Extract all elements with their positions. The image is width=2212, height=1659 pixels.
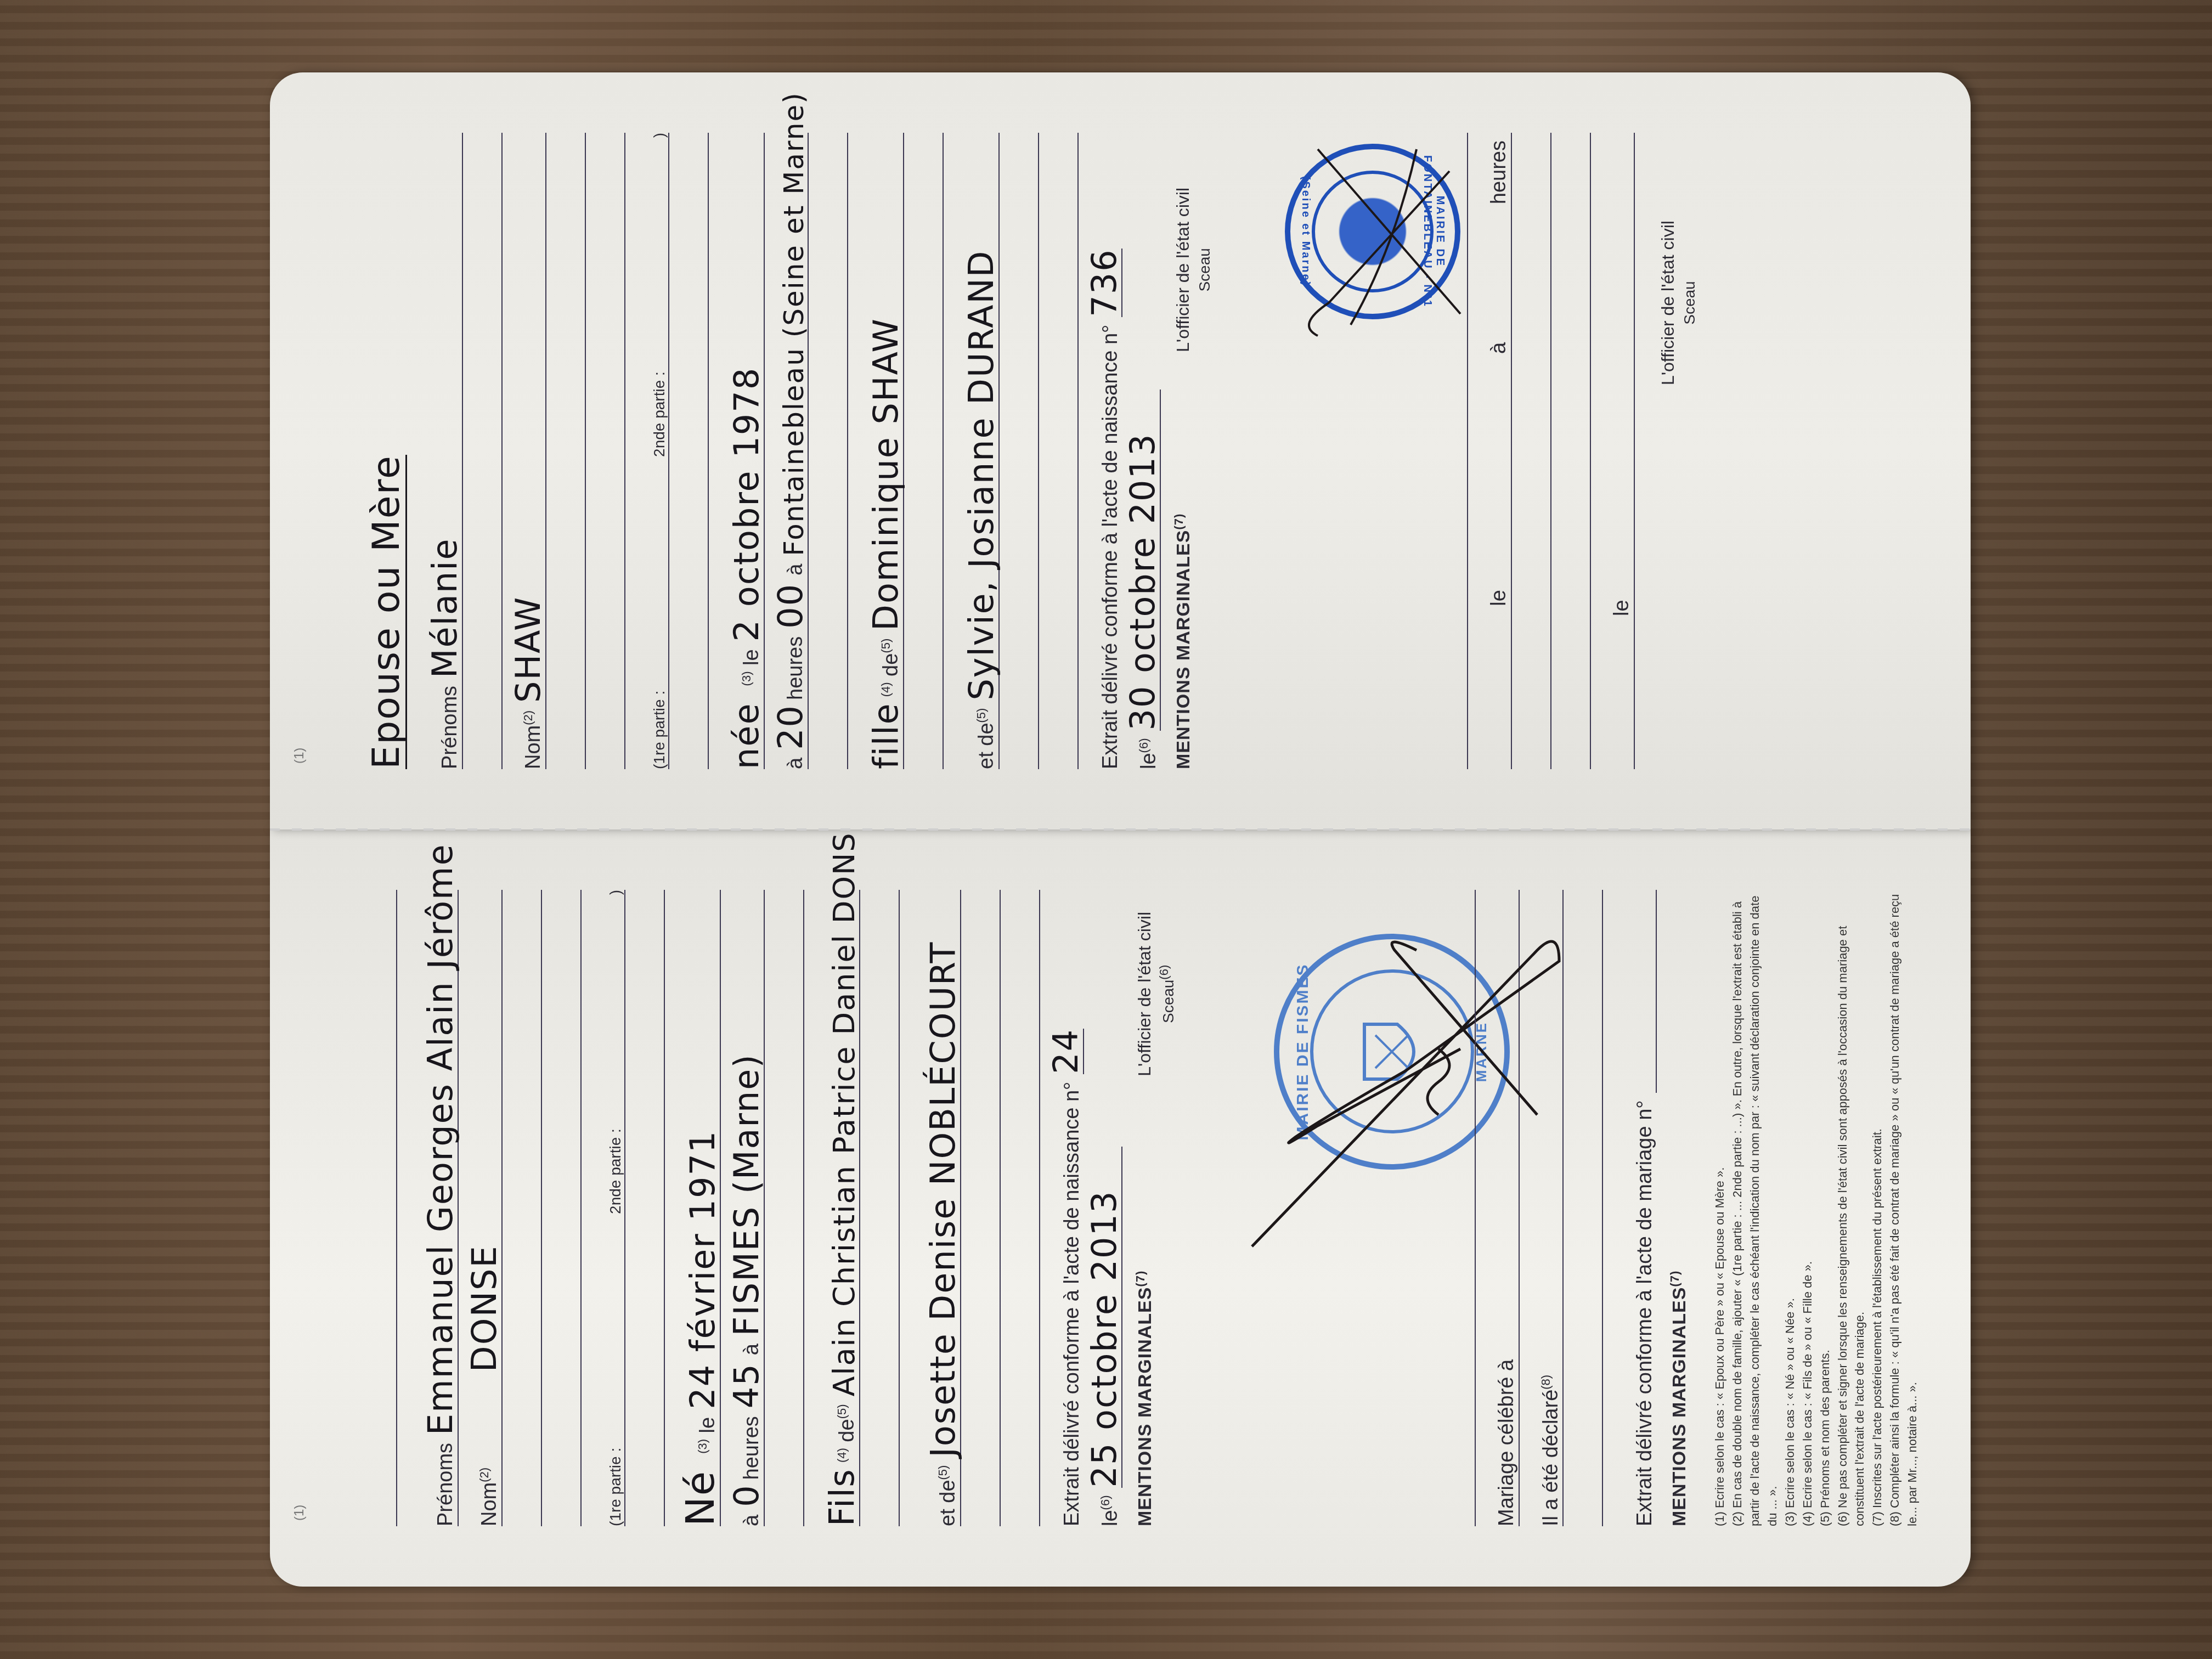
ne-value: Né (680, 1470, 720, 1526)
mentions-block: MENTIONS MARGINALES(7) L'officier de l'é… (1172, 133, 1215, 769)
blank-line (904, 133, 944, 769)
coat-of-arms-icon (1348, 1008, 1436, 1096)
father-name: Dominique SHAW (869, 318, 903, 631)
birth-hour: 20 (774, 704, 808, 750)
extrait-label: Extrait délivré conforme à l'acte de nai… (1099, 325, 1122, 769)
footnote-1: (1) Ecrire selon le cas : « Epoux ou Pèr… (1711, 890, 1729, 1526)
heading-line (347, 890, 397, 1526)
page-heading: Epouse ou Mère (368, 455, 407, 769)
blank-line (546, 133, 586, 769)
footnote-7: (7) Inscrites sur l'acte postérieurement… (1869, 890, 1886, 1526)
blank-line (1039, 133, 1079, 769)
blank-line (1551, 133, 1591, 769)
declare-label: Il a été déclaré (1539, 1390, 1562, 1526)
birth-date: 2 octobre 1978 (730, 367, 764, 642)
extrait-row: Extrait délivré conforme à l'acte de nai… (1079, 133, 1122, 769)
footnote-ref: (1) (292, 748, 307, 764)
father-name: Alain Christian Patrice Daniel DONSE (830, 812, 859, 1396)
officer-signature-block: L'officier de l'état civil Sceau (1172, 188, 1215, 352)
blank-line (765, 890, 804, 1526)
extrait-row: Extrait délivré conforme à l'acte de nai… (1040, 890, 1084, 1526)
father-row: Fils (4) de(5) Alain Christian Patrice D… (804, 890, 860, 1526)
blank-line (1512, 133, 1551, 769)
declare-row: Il a été déclaré(8) (1520, 890, 1564, 1526)
birth-hour: 0 (730, 1484, 764, 1506)
blank-line (669, 133, 709, 769)
birth-date: 24 février 1971 (686, 1130, 720, 1409)
blank-line (1436, 890, 1476, 1526)
partie-row: (1re partie : 2nde partie : ) (625, 133, 669, 769)
mother-row: et de(5) Sylvie, Josianne DURAND (944, 133, 1000, 769)
footnote-5: (5) Prénoms et nom des parents. (1816, 890, 1834, 1526)
birth-place: Fontainebleau (Seine et Marne) (780, 92, 808, 556)
blank-line (586, 133, 625, 769)
blank-line (961, 890, 1001, 1526)
prenoms-value: Emmanuel Georges Alain Jérôme (424, 843, 458, 1435)
prenoms-row: Prénoms Mélanie (407, 133, 463, 769)
partie1-label: (1re partie : (607, 1448, 624, 1526)
officer-signature-block: L'officier de l'état civil Sceau(6) (1133, 912, 1178, 1076)
ne-value: née (730, 702, 764, 769)
blank-line (1564, 890, 1603, 1526)
partie2-label: 2nde partie : (607, 1128, 624, 1214)
fils-value: Fils (825, 1468, 859, 1526)
mentions-block: MENTIONS MARGINALES(7) L'officier de l'é… (1133, 890, 1178, 1526)
footnote-ref: (1) (292, 1505, 307, 1521)
birth-minutes: 45 (730, 1363, 764, 1408)
father-row: fille (4) de(5) Dominique SHAW (848, 133, 904, 769)
blank-line (809, 133, 848, 769)
birth-place: FISMES (Marne) (730, 1053, 764, 1336)
footnote-2: (2) En cas de double nom de famille, ajo… (1729, 890, 1781, 1526)
extrait-mariage-label: Extrait délivré conforme à l'acte de mar… (1633, 1101, 1657, 1526)
footnote-3: (3) Ecrire selon le cas : « Né » ou « Né… (1781, 890, 1799, 1526)
fille-value: fille (869, 702, 903, 769)
page-husband: (1) Prénoms Emmanuel Georges Alain Jérôm… (270, 830, 1971, 1587)
family-record-booklet: (1) Prénoms Emmanuel Georges Alain Jérôm… (270, 72, 1971, 1587)
heading-row: Epouse ou Mère (347, 133, 407, 769)
nom-label: Nom(2) (477, 1468, 501, 1526)
birth-minutes: 00 (774, 583, 808, 629)
nom-row: Nom(2) DONSE (459, 890, 503, 1526)
blank-line (463, 133, 503, 769)
blank-line (1001, 890, 1040, 1526)
extrait-date: 30 octobre 2013 (1126, 390, 1161, 731)
blank-line (625, 890, 665, 1526)
partie-close: ) (607, 890, 624, 895)
extrait-date-row: le(6) 30 octobre 2013 (1122, 133, 1161, 769)
nom-row: Nom(2) SHAW (503, 133, 546, 769)
footnote-6: (6) Ne pas compléter et signer lorsque l… (1834, 890, 1869, 1526)
mariage-label: Mariage célébré à (1495, 1359, 1519, 1526)
extrait-date-row: le(6) 25 octobre 2013 (1084, 890, 1122, 1526)
birth-time-row: à 0 heures 45 à FISMES (Marne) (721, 890, 765, 1526)
mentions-marginales-2: MENTIONS MARGINALES(7) (1668, 890, 1690, 1526)
mother-row: et de(5) Josette Denise NOBLÉCOURT (900, 890, 961, 1526)
blank-line (860, 890, 900, 1526)
prenoms-value: Mélanie (428, 538, 462, 678)
partie-row: (1re partie : 2nde partie : ) (582, 890, 625, 1526)
extrait-mariage-row: Extrait délivré conforme à l'acte de mar… (1614, 890, 1657, 1526)
mariage-le-row: le (1591, 133, 1635, 769)
extrait-label: Extrait délivré conforme à l'acte de nai… (1060, 1082, 1084, 1526)
prenoms-row: Prénoms Emmanuel Georges Alain Jérôme (397, 890, 459, 1526)
footnote-4: (4) Ecrire selon le cas : « Fils de » ou… (1799, 890, 1816, 1526)
prenoms-label: Prénoms (434, 1443, 458, 1526)
birth-row: née (3) le 2 octobre 1978 (709, 133, 765, 769)
birth-time-row: à 20 heures 00 à Fontainebleau (Seine et… (765, 133, 809, 769)
acte-number: 736 (1087, 249, 1122, 317)
page-wife: (1) Epouse ou Mère Prénoms Mélanie Nom(2… (270, 72, 1971, 830)
footnotes: (1) Ecrire selon le cas : « Epoux ou Pèr… (1711, 890, 1921, 1526)
mother-name: Sylvie, Josianne DURAND (964, 250, 998, 700)
nom-value: DONSE (467, 1245, 501, 1372)
extrait-date: 25 octobre 2013 (1087, 1147, 1122, 1488)
blank-line (542, 890, 582, 1526)
prenoms-label: Prénoms (438, 686, 462, 769)
mother-name: Josette Denise NOBLÉCOURT (926, 941, 960, 1458)
mentions-marginales-label: MENTIONS MARGINALES(7) (1133, 1271, 1178, 1526)
mariage-date-row: le à heures (1468, 133, 1512, 769)
birth-row: Né (3) le 24 février 1971 (665, 890, 721, 1526)
nom-value: SHAW (511, 596, 545, 703)
blank-line (1429, 133, 1468, 769)
officer2-block: L'officier de l'état civil Sceau (1657, 188, 1700, 418)
officer-label: L'officier de l'état civil (1133, 912, 1156, 1076)
footnote-8: (8) Compléter ainsi la formule : « qu'il… (1886, 890, 1921, 1526)
blank-line (503, 890, 542, 1526)
acte-number: 24 (1049, 1029, 1084, 1074)
binding-stitch (270, 828, 1971, 831)
blank-line (1000, 133, 1039, 769)
